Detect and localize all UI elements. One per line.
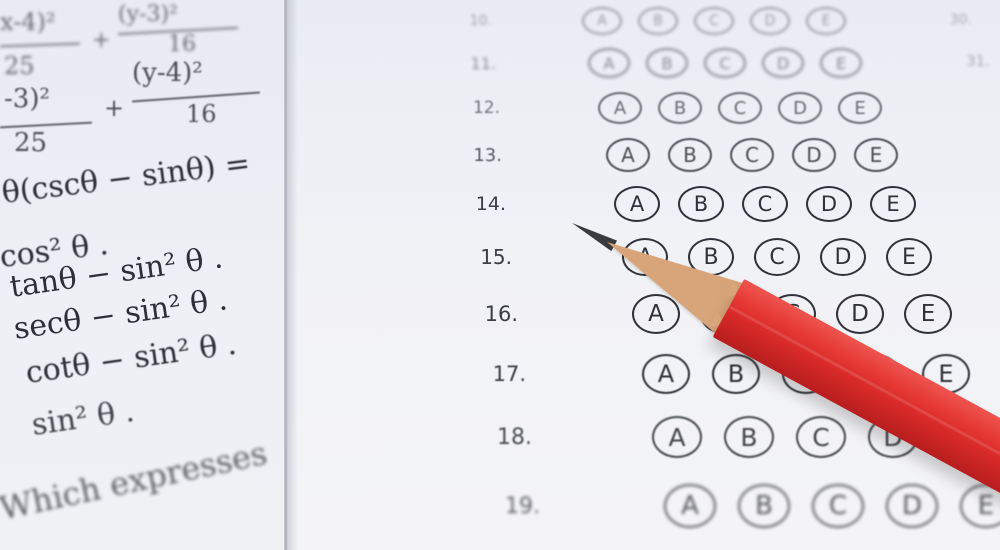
fraction-numerator: (y-3)² <box>118 2 178 27</box>
choice-bubble-a[interactable]: A <box>664 484 716 528</box>
fraction-denominator: 16 <box>186 100 217 128</box>
choice-bubble-c[interactable]: C <box>718 92 762 124</box>
fraction-bar <box>0 43 80 48</box>
choice-bubble-d[interactable]: D <box>762 48 804 78</box>
question-number: 12. <box>440 98 500 118</box>
choice-bubble-e[interactable]: E <box>854 138 898 172</box>
question-number: 14. <box>446 193 506 215</box>
choice-bubble-a[interactable]: A <box>598 92 642 124</box>
question-number: 19. <box>480 494 540 519</box>
choice-bubble-d[interactable]: D <box>792 138 836 172</box>
question-number: 18. <box>472 425 532 450</box>
choice-bubble-b[interactable]: B <box>646 48 688 78</box>
math-question-text: Which expresses <box>0 434 270 528</box>
choice-bubble-e[interactable]: E <box>806 7 846 35</box>
choice-bubble-a[interactable]: A <box>582 7 622 35</box>
choice-bubble-c[interactable]: C <box>742 186 788 222</box>
choice-bubble-b[interactable]: B <box>638 7 678 35</box>
choice-bubble-d[interactable]: D <box>750 7 790 35</box>
choice-bubble-c[interactable]: C <box>796 416 846 458</box>
question-row: 14. A B C D E <box>446 186 916 222</box>
choice-bubble-c[interactable]: C <box>730 138 774 172</box>
choice-bubble-b[interactable]: B <box>738 484 790 528</box>
fraction-denominator: 16 <box>168 32 196 57</box>
fraction-denominator: 25 <box>4 52 35 80</box>
choice-bubble-c[interactable]: C <box>694 7 734 35</box>
question-number: 13. <box>442 145 502 166</box>
math-worksheet: x-4)² 25 + (y-3)² 16 -3)² 25 + (y-4)² 16… <box>0 0 288 550</box>
fraction-numerator: (y-4)² <box>132 58 203 88</box>
choice-bubble-a[interactable]: A <box>642 354 690 394</box>
question-number: 31. <box>950 52 990 70</box>
choice-bubble-d[interactable]: D <box>820 238 866 276</box>
plus-sign: + <box>104 94 124 122</box>
choice-bubble-b[interactable]: B <box>668 138 712 172</box>
choice-bubble-b[interactable]: B <box>658 92 702 124</box>
choice-bubble-b[interactable]: B <box>724 416 774 458</box>
math-expression: sin² θ . <box>30 394 137 443</box>
choice-bubble-a[interactable]: A <box>588 48 630 78</box>
choice-bubble-e[interactable]: E <box>886 238 932 276</box>
choice-bubble-d[interactable]: D <box>806 186 852 222</box>
question-number: 15. <box>452 245 512 269</box>
choice-bubble-e[interactable]: E <box>820 48 862 78</box>
question-number: 11. <box>436 54 496 73</box>
choice-bubble-d[interactable]: D <box>778 92 822 124</box>
photo-scene: x-4)² 25 + (y-3)² 16 -3)² 25 + (y-4)² 16… <box>0 0 1000 550</box>
paper-shadow <box>288 0 298 550</box>
fraction-numerator: x-4)² <box>0 8 55 36</box>
choice-bubble-a[interactable]: A <box>652 416 702 458</box>
choice-bubble-c[interactable]: C <box>754 238 800 276</box>
question-number: 30. <box>932 12 972 28</box>
choice-bubble-b[interactable]: B <box>678 186 724 222</box>
choice-bubble-d[interactable]: D <box>886 484 938 528</box>
fraction-denominator: 25 <box>14 128 47 158</box>
choice-bubble-e[interactable]: E <box>838 92 882 124</box>
question-number: 17. <box>466 362 526 386</box>
question-row: 12. A B C D E <box>440 92 882 124</box>
choice-bubble-e[interactable]: E <box>870 186 916 222</box>
plus-sign: + <box>92 28 110 53</box>
question-number: 10. <box>432 13 492 29</box>
fraction-numerator: -3)² <box>4 84 50 114</box>
question-row: 19. A B C D E <box>480 484 1000 528</box>
question-number: 16. <box>458 302 518 326</box>
question-row: 13. A B C D E <box>442 138 898 172</box>
pencil-facet <box>728 305 1000 508</box>
question-row: 10. A B C D E <box>432 7 846 35</box>
choice-bubble-c[interactable]: C <box>812 484 864 528</box>
choice-bubble-d[interactable]: D <box>836 294 884 334</box>
choice-bubble-a[interactable]: A <box>606 138 650 172</box>
choice-bubble-c[interactable]: C <box>704 48 746 78</box>
question-row: 11. A B C D E <box>436 48 862 78</box>
choice-bubble-e[interactable]: E <box>904 294 952 334</box>
